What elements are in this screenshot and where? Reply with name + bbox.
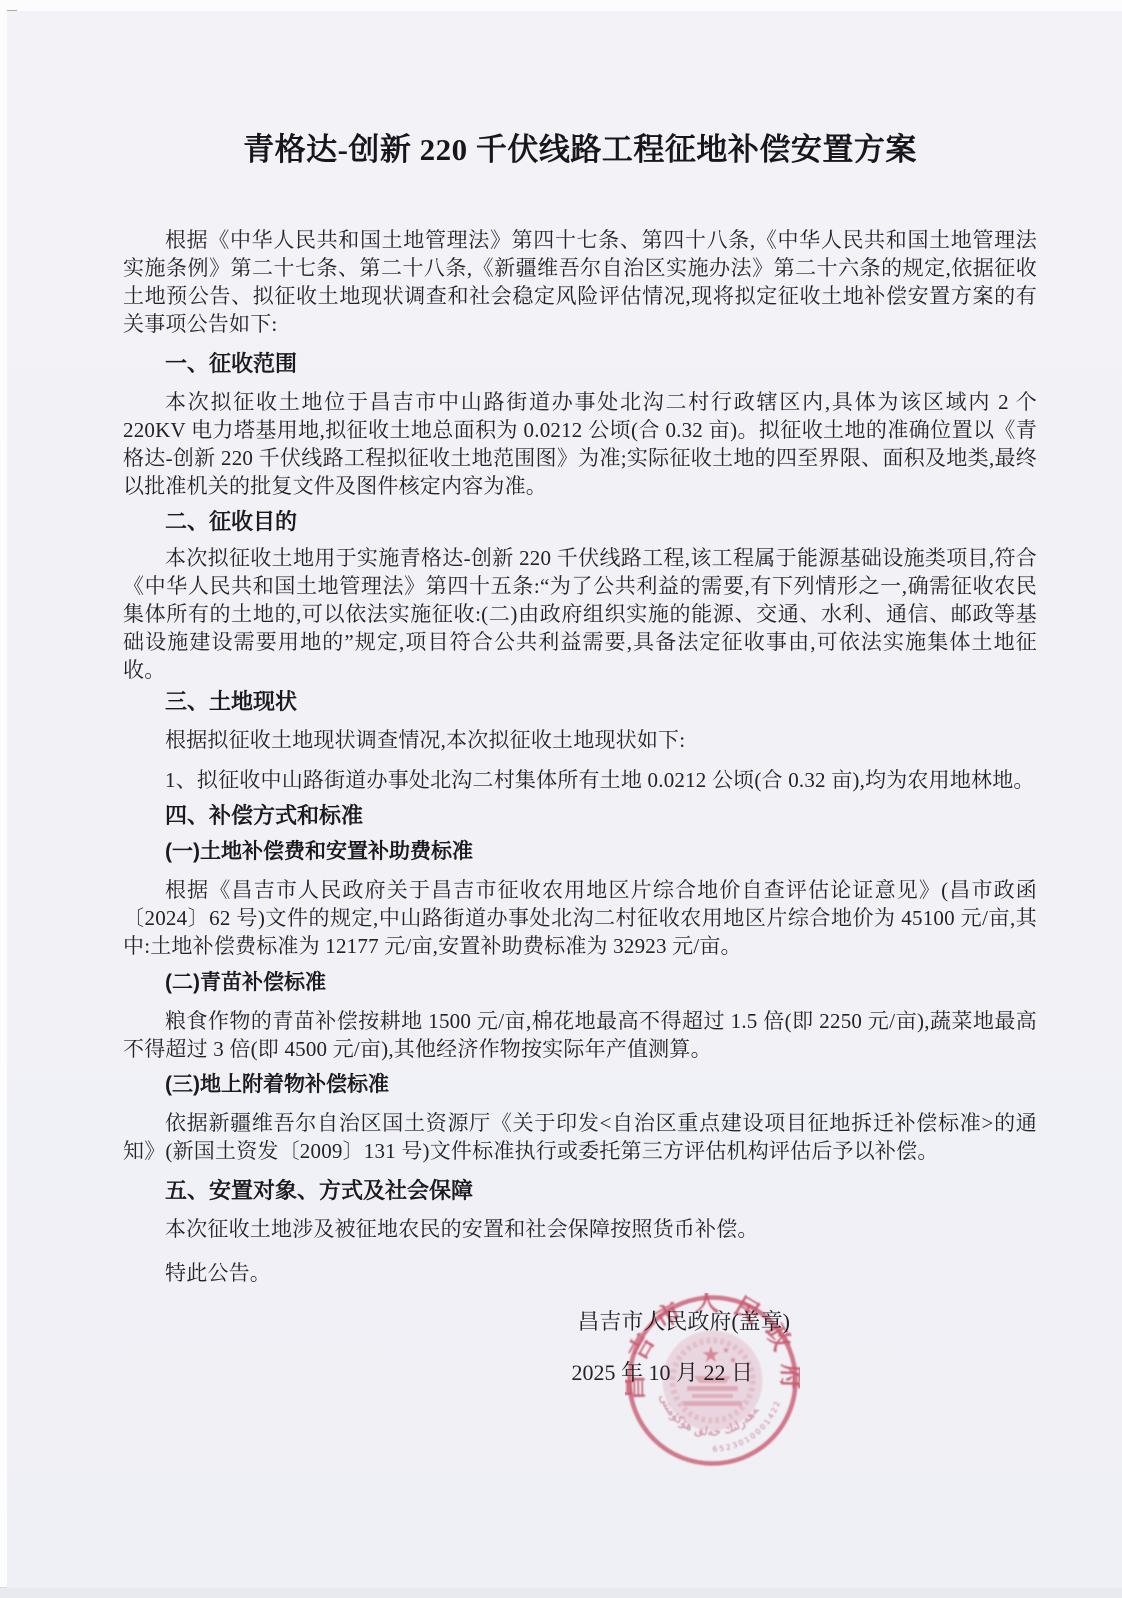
subsection-4-2-paragraph: 粮食作物的青苗补偿按耕地 1500 元/亩,棉花地最高不得超过 1.5 倍(即 … (123, 1007, 1037, 1063)
closing-statement: 特此公告。 (123, 1259, 1037, 1287)
section-5-paragraph: 本次征收土地涉及被征地农民的安置和社会保障按照货币补偿。 (123, 1215, 1037, 1243)
section-4-heading: 四、补偿方式和标准 (123, 802, 1037, 830)
section-3-heading: 三、土地现状 (123, 688, 1037, 716)
section-3-paragraph-1: 根据拟征收土地现状调查情况,本次拟征收土地现状如下: (123, 726, 1037, 754)
subsection-4-1-paragraph: 根据《昌吉市人民政府关于昌吉市征收农用地区片综合地价自查评估论证意见》(昌市政函… (123, 876, 1037, 960)
document-title: 青格达-创新 220 千伏线路工程征地补偿安置方案 (123, 130, 1037, 170)
intro-paragraph: 根据《中华人民共和国土地管理法》第四十七条、第四十八条,《中华人民共和国土地管理… (123, 226, 1037, 338)
subsection-4-1-heading: (一)土地补偿费和安置补助费标准 (123, 838, 1037, 866)
section-2-heading: 二、征收目的 (123, 508, 1037, 536)
scanned-page: 青格达-创新 220 千伏线路工程征地补偿安置方案 根据《中华人民共和国土地管理… (0, 0, 1122, 1598)
subsection-4-2-heading: (二)青苗补偿标准 (123, 969, 1037, 997)
subsection-4-3-heading: (三)地上附着物补偿标准 (123, 1071, 1037, 1099)
section-5-heading: 五、安置对象、方式及社会保障 (123, 1177, 1037, 1205)
scan-bottom-edge (0, 1587, 1122, 1598)
issuer-signature: 昌吉市人民政府(盖章) (123, 1307, 1037, 1337)
document-body: 青格达-创新 220 千伏线路工程征地补偿安置方案 根据《中华人民共和国土地管理… (123, 0, 1037, 1387)
section-1-heading: 一、征收范围 (123, 350, 1037, 378)
section-1-paragraph: 本次拟征收土地位于昌吉市中山路街道办事处北沟二村行政辖区内,具体为该区域内 2 … (123, 388, 1037, 500)
subsection-4-3-paragraph: 依据新疆维吾尔自治区国土资源厅《关于印发<自治区重点建设项目征地拆迁补偿标准>的… (123, 1109, 1037, 1165)
issue-date: 2025 年 10 月 22 日 (123, 1359, 1037, 1387)
section-3-paragraph-2: 1、拟征收中山路街道办事处北沟二村集体所有土地 0.0212 公顷(合 0.32… (123, 766, 1037, 794)
section-2-paragraph: 本次拟征收土地用于实施青格达-创新 220 千伏线路工程,该工程属于能源基础设施… (123, 544, 1037, 684)
